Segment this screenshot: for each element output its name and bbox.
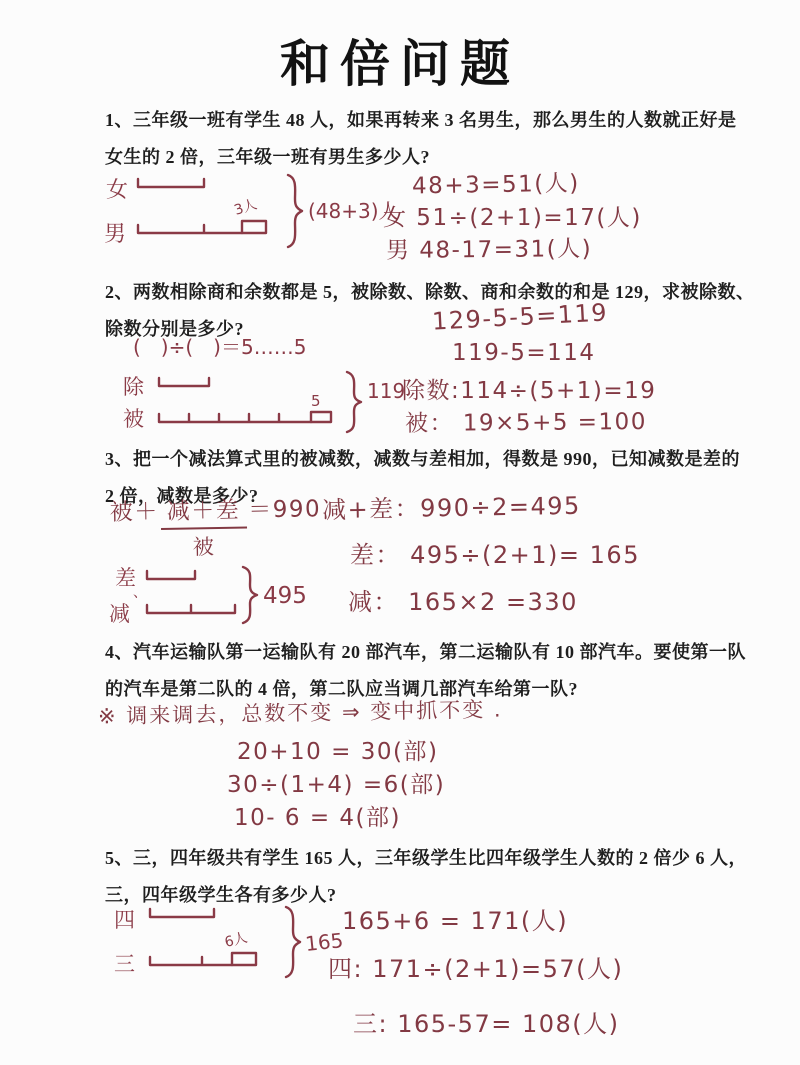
hand-calc-line: 119-5=114 bbox=[452, 340, 596, 366]
brace-total: 119 bbox=[367, 379, 405, 403]
hand-calc-line: 男 48-17=31(人) bbox=[386, 230, 592, 265]
problem-5-line-1: 5、三，四年级共有学生 165 人，三年级学生比四年级学生人数的 2 倍少 6 … bbox=[105, 840, 747, 877]
worksheet-page: 和倍问题 1、三年级一班有学生 48 人，如果再转来 3 名男生，那么男生的人数… bbox=[0, 0, 800, 1065]
extra-segment-box bbox=[232, 953, 256, 965]
hand-calc-line: 女 51÷(2+1)=17(人) bbox=[383, 199, 642, 232]
hand-calc-line: 20+10 = 30(部) bbox=[237, 733, 438, 766]
equation-prefix: 被＋ bbox=[110, 499, 159, 526]
bar-subtrahend bbox=[147, 605, 235, 613]
difference-mark: 、 bbox=[133, 585, 147, 601]
hand-calc-line: 三: 165-57= 108(人) bbox=[353, 1004, 620, 1039]
brace-icon bbox=[288, 175, 302, 247]
equation-over: 减＋差 bbox=[160, 491, 246, 529]
extra-segment-box bbox=[242, 221, 266, 233]
hand-calc-line: 48+3=51(人) bbox=[412, 165, 580, 201]
remainder-note: 5 bbox=[311, 392, 321, 410]
hand-calc-line: 被： 19×5+5 =100 bbox=[405, 403, 647, 438]
bar-label-grade4: 四 bbox=[114, 908, 135, 932]
bar-girls bbox=[138, 179, 204, 187]
division-formula: ( )÷( )＝5……5 bbox=[133, 335, 306, 359]
extra-segment-note: 6人 bbox=[223, 930, 249, 951]
hand-calc-line: 165+6 = 171(人) bbox=[342, 901, 568, 936]
hand-calc-line: 四: 171÷(2+1)=57(人) bbox=[328, 949, 623, 984]
problem-3-bar-diagram: 差 、 减 495 bbox=[95, 545, 375, 635]
bar-label-subtrahend: 减 bbox=[109, 602, 130, 626]
problem-3-line-1: 3、把一个减法算式里的被减数，减数与差相加，得数是 990，已知减数是差的 bbox=[105, 441, 740, 478]
hand-calc-line: 30÷(1+4) =6(部) bbox=[227, 766, 445, 799]
brace-icon bbox=[243, 567, 257, 623]
bar-label-dividend: 被 bbox=[123, 407, 144, 431]
hand-calc-line: 减： 165×2 =330 bbox=[348, 582, 578, 617]
bar-grade4 bbox=[150, 909, 214, 917]
bar-difference bbox=[147, 571, 195, 579]
hand-annotation: ※ 调来调去，总数不变 ⇒ 变中抓不变 . bbox=[98, 693, 503, 730]
page-title: 和倍问题 bbox=[0, 24, 800, 96]
bar-boys bbox=[138, 225, 242, 233]
bar-dividend bbox=[159, 414, 311, 422]
problem-1-line-1: 1、三年级一班有学生 48 人，如果再转来 3 名男生，那么男生的人数就正好是 bbox=[105, 102, 737, 139]
hand-calc-line: 10- 6 = 4(部) bbox=[234, 799, 401, 832]
hand-calc-line: 除数:114÷(5+1)=19 bbox=[402, 372, 656, 405]
hand-calc-line: 减+差：990÷2=495 bbox=[322, 486, 581, 526]
bar-label-grade3: 三 bbox=[114, 952, 135, 976]
hand-calc-line: 差： 495÷(2+1)= 165 bbox=[350, 535, 640, 570]
problem-1-bar-diagram: 女 男 3人 (48+3)人 bbox=[92, 163, 402, 263]
remainder-box bbox=[311, 412, 331, 422]
problem-2-bar-diagram: ( )÷( )＝5……5 除 被 5 119 bbox=[115, 330, 445, 445]
bar-grade3 bbox=[150, 957, 232, 965]
bar-label-girls: 女 bbox=[106, 178, 128, 203]
bar-label-divisor: 除 bbox=[123, 375, 145, 399]
brace-icon bbox=[347, 372, 361, 432]
bar-label-boys: 男 bbox=[104, 222, 126, 247]
brace-icon bbox=[286, 907, 300, 977]
brace-total: 495 bbox=[263, 583, 307, 609]
equation-suffix: ＝990 bbox=[248, 496, 321, 523]
extra-segment-note: 3人 bbox=[232, 197, 259, 219]
problem-4-line-1: 4、汽车运输队第一运输队有 20 部汽车，第二运输队有 10 部汽车。要使第一队 bbox=[105, 634, 746, 671]
bar-divisor bbox=[159, 378, 209, 386]
problem-2-line-1: 2、两数相除商和余数都是 5，被除数、除数、商和余数的和是 129，求被除数、 bbox=[105, 274, 755, 311]
